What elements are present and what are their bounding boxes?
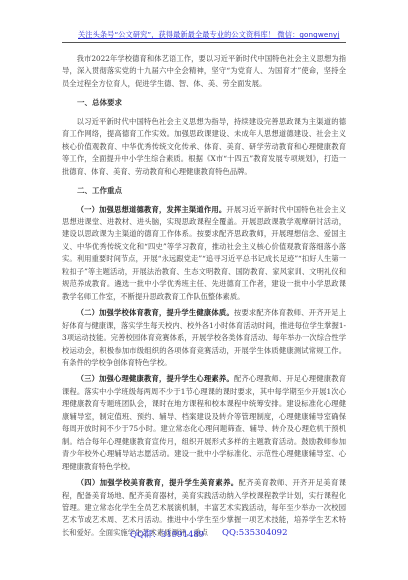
general-requirements-paragraph: 以习近平新时代中国特色社会主义思想为指导，持续建设完善思政课为主渠道的德育工作网… <box>62 116 346 178</box>
item-paragraph-1: （一）加强思想道德教育，发挥主渠道作用。开展习近平新时代中国特色社会主义思想进课… <box>62 204 346 304</box>
item-title-2: （二）加强学校体育教育，提升学生健康体质。 <box>77 308 234 317</box>
section-heading-general-requirements: 一、总体要求 <box>62 97 346 109</box>
section-heading-work-focus: 二、工作重点 <box>62 185 346 197</box>
document-body: 我市2022年学校德育和体艺语工作，要以习近平新时代中国特色社会主义思想为指导，… <box>62 53 346 539</box>
header-banner-link[interactable]: 关注头条号“公文研究”，获得最新最全最专业的公文资料库！ 微信：gongweny… <box>78 30 339 40</box>
item-body-3: 配齐心理教师、开足心理健康教育课程。落实中小学班级每两周不少于1节心理课的课时要… <box>62 374 346 470</box>
item-paragraph-3: （三）加强心理健康教育，提升学生心理素养。配齐心理教师、开足心理健康教育课程。落… <box>62 373 346 473</box>
item-paragraph-2: （二）加强学校体育教育，提升学生健康体质。按要求配齐体育教师、开齐开足上好体育与… <box>62 307 346 369</box>
item-title-4: （四）加强学校美育教育，提升学生美育素养。 <box>77 478 239 487</box>
qq-number-text: QQ:535304092 <box>222 528 287 538</box>
intro-paragraph: 我市2022年学校德育和体艺语工作，要以习近平新时代中国特色社会主义思想为指导，… <box>62 53 346 90</box>
item-title-1: （一）加强思想道德教育，发挥主渠道作用。 <box>77 205 227 214</box>
qq-group-text: QQ群：31991489 <box>130 528 204 540</box>
item-title-3: （三）加强心理健康教育，提升学生心理素养。 <box>77 374 234 383</box>
item-body-1: 开展习近平新时代中国特色社会主义思想进课堂、进教材、进头脑，实现思政课程全覆盖。… <box>62 205 346 301</box>
